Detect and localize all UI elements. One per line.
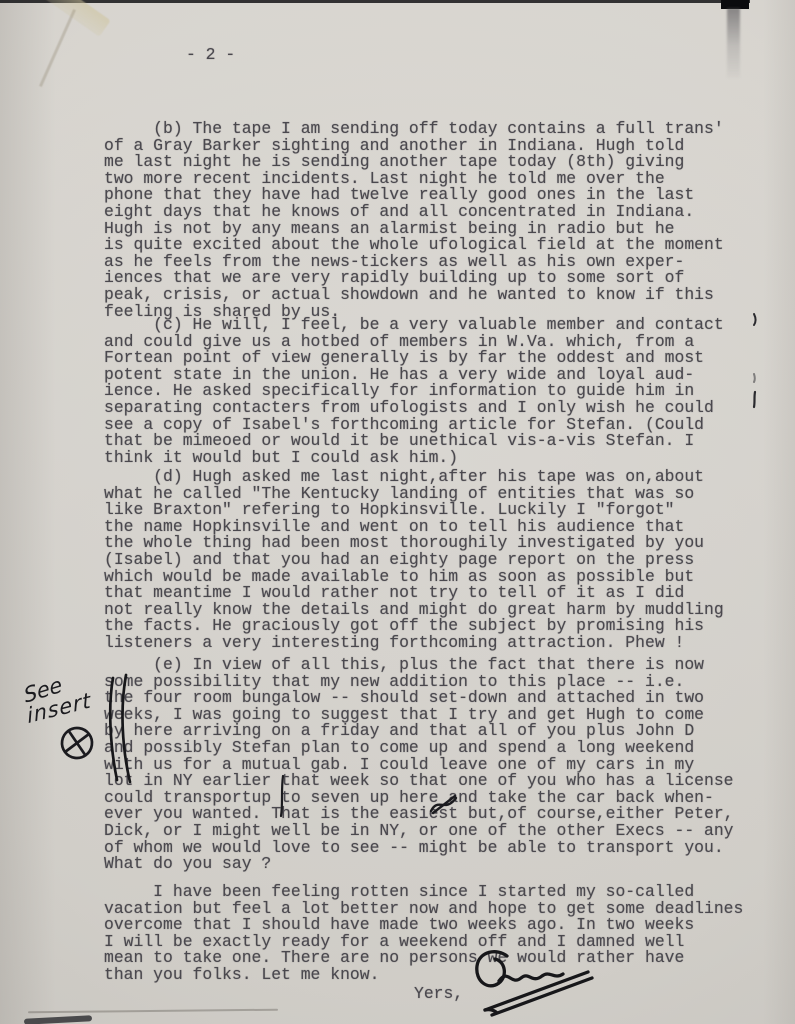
margin-tick bbox=[750, 390, 760, 410]
paragraph-e: (e) In view of all this, plus the fact t… bbox=[104, 657, 734, 873]
margin-emphasis-lines bbox=[104, 672, 136, 786]
margin-tick bbox=[750, 312, 760, 328]
page-under-edge bbox=[24, 1015, 92, 1024]
correction-scrawl bbox=[428, 794, 460, 816]
paragraph-c: (c) He will, I feel, be a very valuable … bbox=[104, 317, 724, 466]
margin-tick bbox=[750, 372, 758, 384]
page-number: - 2 - bbox=[186, 47, 235, 64]
paragraph-b: (b) The tape I am sending off today cont… bbox=[104, 121, 724, 320]
top-edge-line bbox=[0, 0, 750, 3]
circled-x-icon bbox=[56, 722, 98, 764]
bottom-edge-line bbox=[28, 1009, 278, 1014]
scan-smudge bbox=[727, 8, 740, 78]
insertion-stroke bbox=[276, 774, 288, 818]
paragraph-closing: I have been feeling rotten since I start… bbox=[104, 884, 743, 984]
paragraph-d: (d) Hugh asked me last night,after his t… bbox=[104, 469, 724, 652]
scratch-mark bbox=[39, 9, 76, 87]
signature-scrawl bbox=[455, 946, 615, 1022]
letter-page: - 2 - (b) The tape I am sending off toda… bbox=[0, 0, 795, 1024]
